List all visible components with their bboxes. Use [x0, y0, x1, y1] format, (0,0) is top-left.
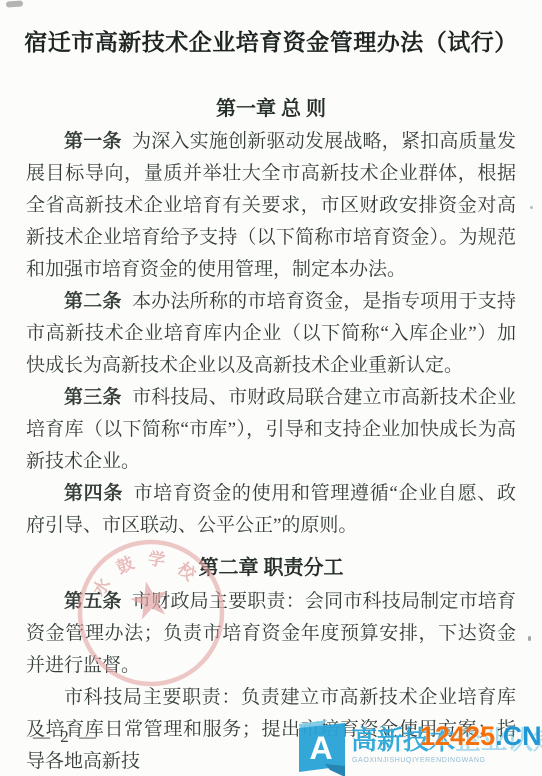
chapter-2-heading: 第二章 职责分工 [0, 551, 542, 580]
logo-ribbon-a-icon: A [295, 719, 349, 776]
scan-artifact [528, 636, 531, 641]
article-number: 第一条 [64, 131, 122, 152]
watermark-logo: A 高新技术企业认定网 12425.CN GAOXINJISHUQIYEREND… [292, 715, 542, 776]
page-number: — 2 — [33, 727, 99, 747]
document-title: 宿迁市高新技术企业培育资金管理办法（试行） [0, 24, 542, 57]
article-number: 第三条 [64, 387, 122, 408]
chapter-1-heading: 第一章 总 则 [0, 92, 542, 121]
scan-artifact [530, 206, 533, 209]
article-number: 第二条 [64, 291, 122, 312]
scan-artifact [6, 0, 23, 7]
article-paragraph: 第三条市科技局、市财政局联合建立市高新技术企业培育库（以下简称“市库”），引导和… [26, 382, 516, 478]
article-paragraph: 第一条为深入实施创新驱动发展战略，紧扣高质量发展目标导向，量质并举壮大全市高新技… [26, 126, 516, 286]
logo-tagline: GAOXINJISHUQIYERENDINGWANG [352, 757, 486, 764]
document-page: 宿迁市高新技术企业培育资金管理办法（试行） 第一章 总 则 第一条为深入实施创新… [0, 0, 542, 776]
body-text-block: 第一条为深入实施创新驱动发展战略，紧扣高质量发展目标导向，量质并举壮大全市高新技… [26, 126, 516, 542]
article-paragraph: 第五条市财政局主要职责：会同市科技局制定市培育资金管理办法；负责市培育资金年度预… [26, 586, 516, 682]
svg-text:A: A [309, 730, 332, 766]
logo-domain-text: 12425.CN [420, 721, 542, 752]
article-number: 第四条 [64, 483, 123, 504]
article-paragraph: 第四条市培育资金的使用和管理遵循“企业自愿、政府引导、市区联动、公平公正”的原则… [26, 478, 516, 542]
article-number: 第五条 [64, 591, 122, 612]
article-text: 为深入实施创新驱动发展战略，紧扣高质量发展目标导向，量质并举壮大全市高新技术企业… [26, 131, 516, 280]
logo-domain-digits: 12425 [420, 721, 495, 751]
article-paragraph: 第二条本办法所称的市培育资金，是指专项用于支持市高新技术企业培育库内企业（以下简… [26, 286, 516, 382]
logo-domain-suffix: .CN [495, 721, 542, 751]
